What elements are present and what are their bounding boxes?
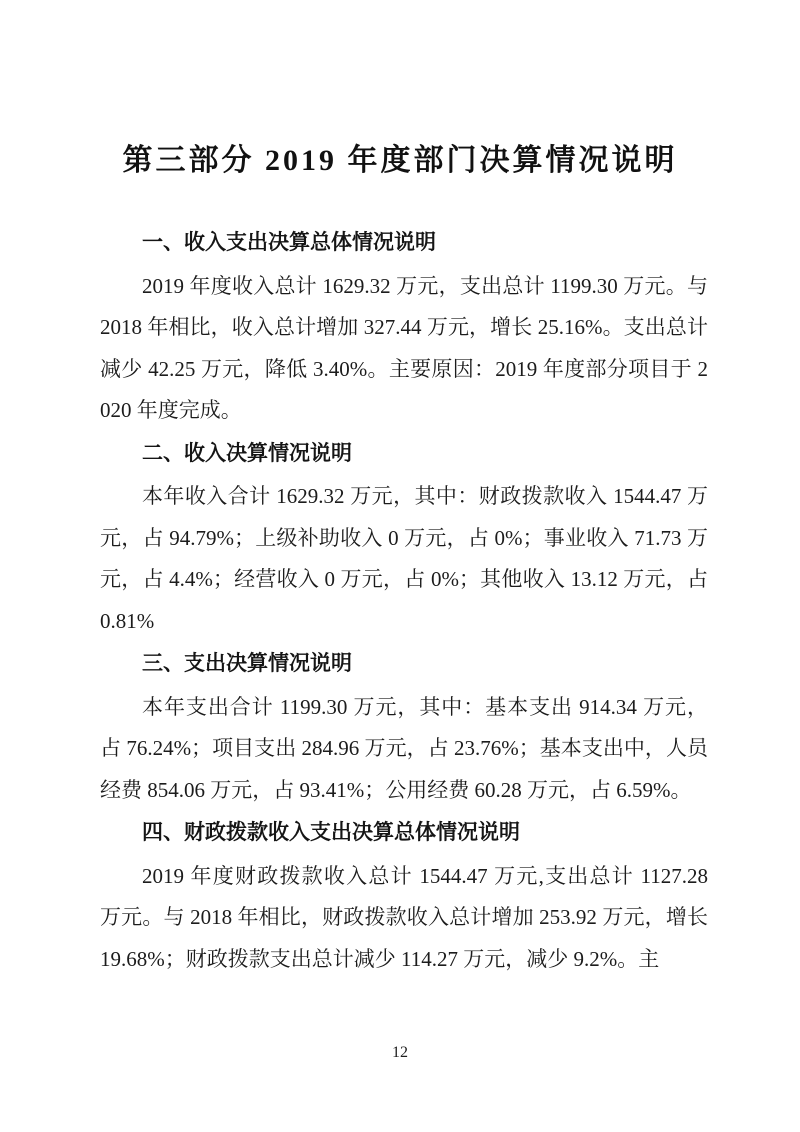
section-paragraph: 本年支出合计 1199.30 万元，其中：基本支出 914.34 万元，占 76… — [100, 687, 708, 812]
section-paragraph: 2019 年度财政拨款收入总计 1544.47 万元,支出总计 1127.28 … — [100, 856, 708, 981]
section-paragraph: 2019 年度收入总计 1629.32 万元，支出总计 1199.30 万元。与… — [100, 266, 708, 432]
section-paragraph: 本年收入合计 1629.32 万元，其中：财政拨款收入 1544.47 万元，占… — [100, 476, 708, 642]
section-heading: 四、财政拨款收入支出决算总体情况说明 — [100, 812, 708, 854]
document-body: 一、收入支出决算总体情况说明2019 年度收入总计 1629.32 万元，支出总… — [100, 222, 708, 980]
section-heading: 二、收入决算情况说明 — [100, 433, 708, 475]
page-number: 12 — [0, 1042, 800, 1064]
section-heading: 三、支出决算情况说明 — [100, 643, 708, 685]
document-page: 第三部分 2019 年度部门决算情况说明 一、收入支出决算总体情况说明2019 … — [0, 0, 800, 1132]
document-title: 第三部分 2019 年度部门决算情况说明 — [0, 138, 800, 184]
section-heading: 一、收入支出决算总体情况说明 — [100, 222, 708, 264]
